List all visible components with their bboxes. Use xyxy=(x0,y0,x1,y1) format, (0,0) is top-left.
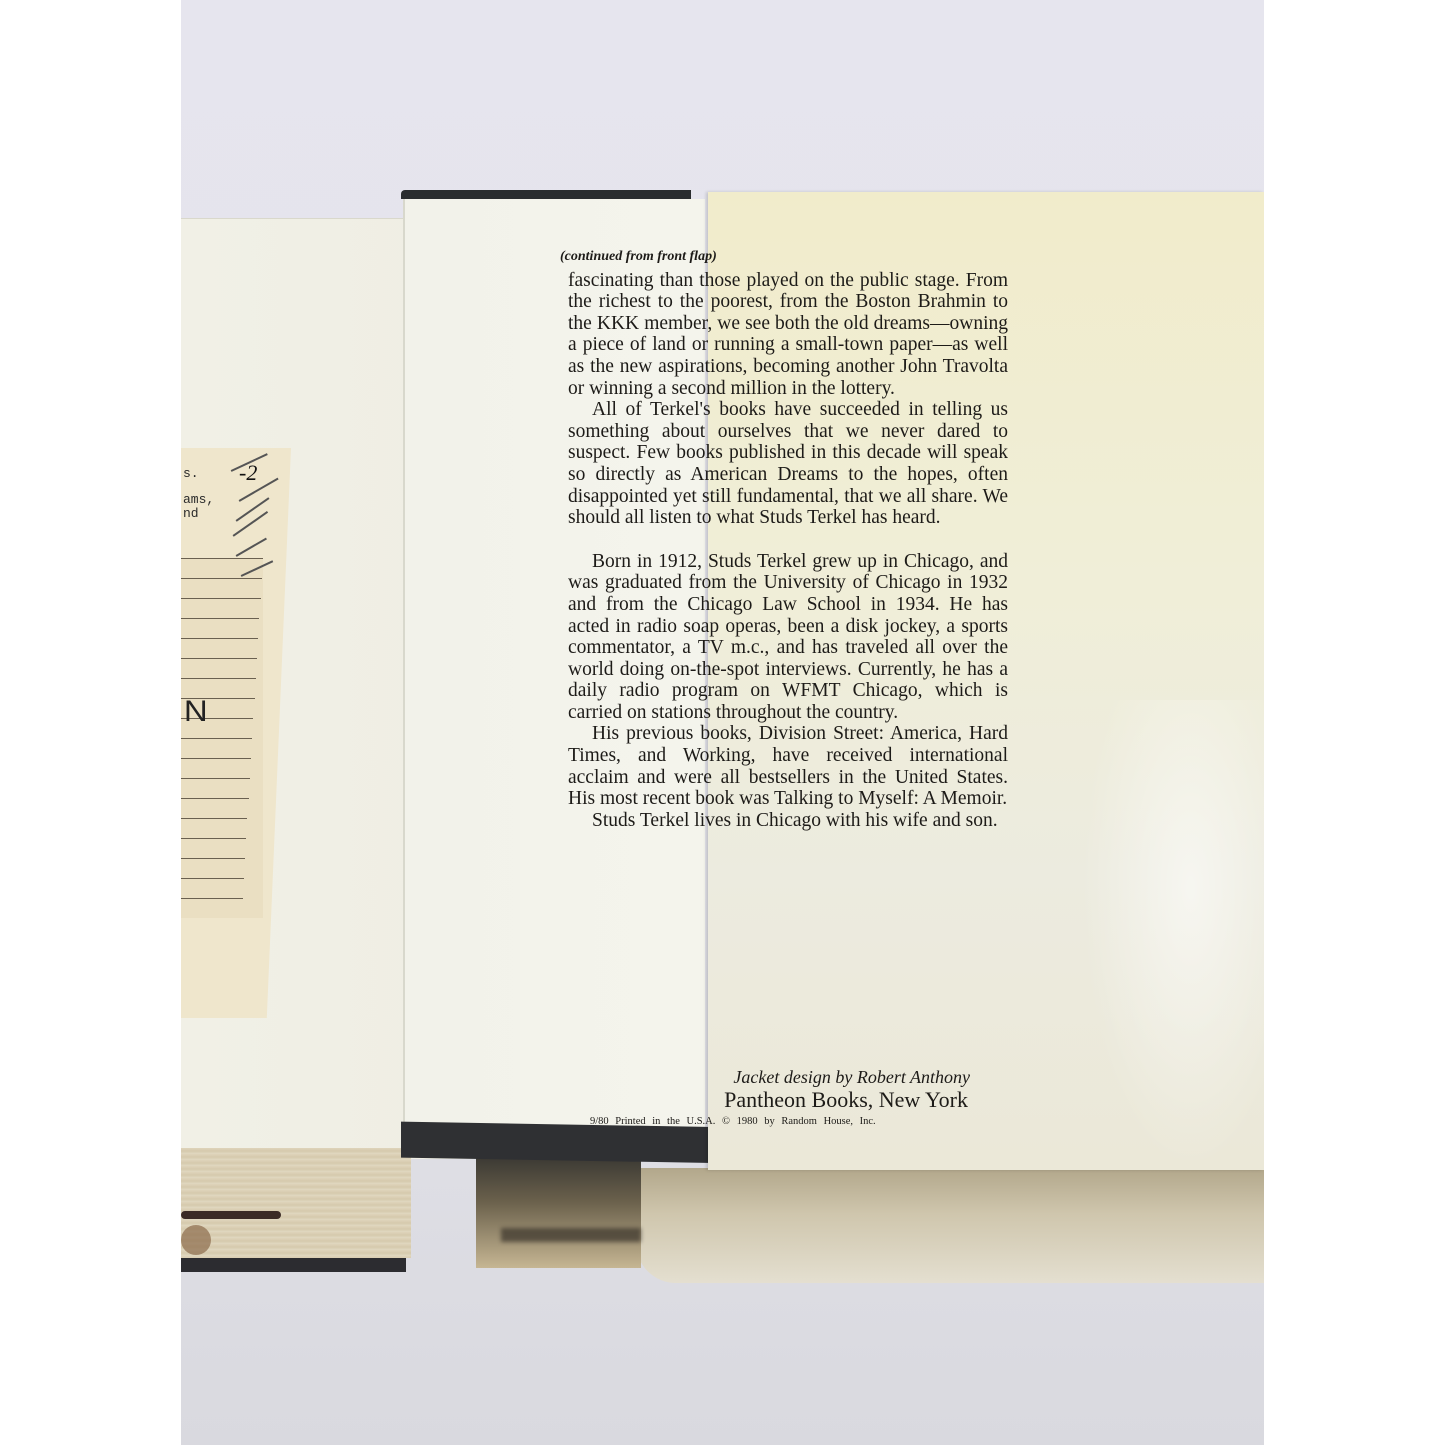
flap-paragraph: Studs Terkel lives in Chicago with his w… xyxy=(568,810,1008,832)
print-code: 9/80 xyxy=(590,1116,609,1127)
flap-paragraph: All of Terkel's books have succeeded in … xyxy=(568,399,1008,529)
spine-stain xyxy=(501,1228,641,1242)
continued-note: (continued from front flap) xyxy=(560,246,1008,268)
page-fore-edge xyxy=(181,1148,411,1258)
fore-edge-ink-mark xyxy=(181,1211,281,1219)
cover-board-edge xyxy=(181,1258,406,1272)
print-info: 9/80 Printed in the U.S.A. © 1980 by Ran… xyxy=(590,1116,990,1127)
spine-hollow xyxy=(476,1158,641,1268)
publisher-name: Pantheon Books, New York xyxy=(590,1088,990,1112)
pocket-typed-text-2: ams, xyxy=(183,492,214,507)
jacket-curl xyxy=(636,1168,1264,1283)
due-card-handwritten-letter: N xyxy=(184,695,208,729)
jacket-design-credit: Jacket design by Robert Anthony xyxy=(590,1067,990,1088)
copyright: © 1980 by Random House, Inc. xyxy=(722,1116,876,1127)
due-date-card xyxy=(181,558,263,918)
fore-edge-stain xyxy=(181,1225,211,1255)
printed-in: Printed in the U.S.A. xyxy=(615,1116,715,1127)
flap-paragraph: His previous books, Division Street: Ame… xyxy=(568,723,1008,809)
mylar-sheen xyxy=(1081,700,1264,1170)
flap-text: (continued from front flap) fascinating … xyxy=(568,246,1008,831)
flap-paragraph-bio: Born in 1912, Studs Terkel grew up in Ch… xyxy=(568,551,1008,724)
cloth-board-top-edge xyxy=(401,190,691,199)
pocket-typed-text-1: s. xyxy=(183,466,199,481)
flap-paragraph: fascinating than those played on the pub… xyxy=(568,270,1008,400)
flap-credits: Jacket design by Robert Anthony Pantheon… xyxy=(590,1067,990,1127)
pocket-typed-text-3: nd xyxy=(183,506,199,521)
